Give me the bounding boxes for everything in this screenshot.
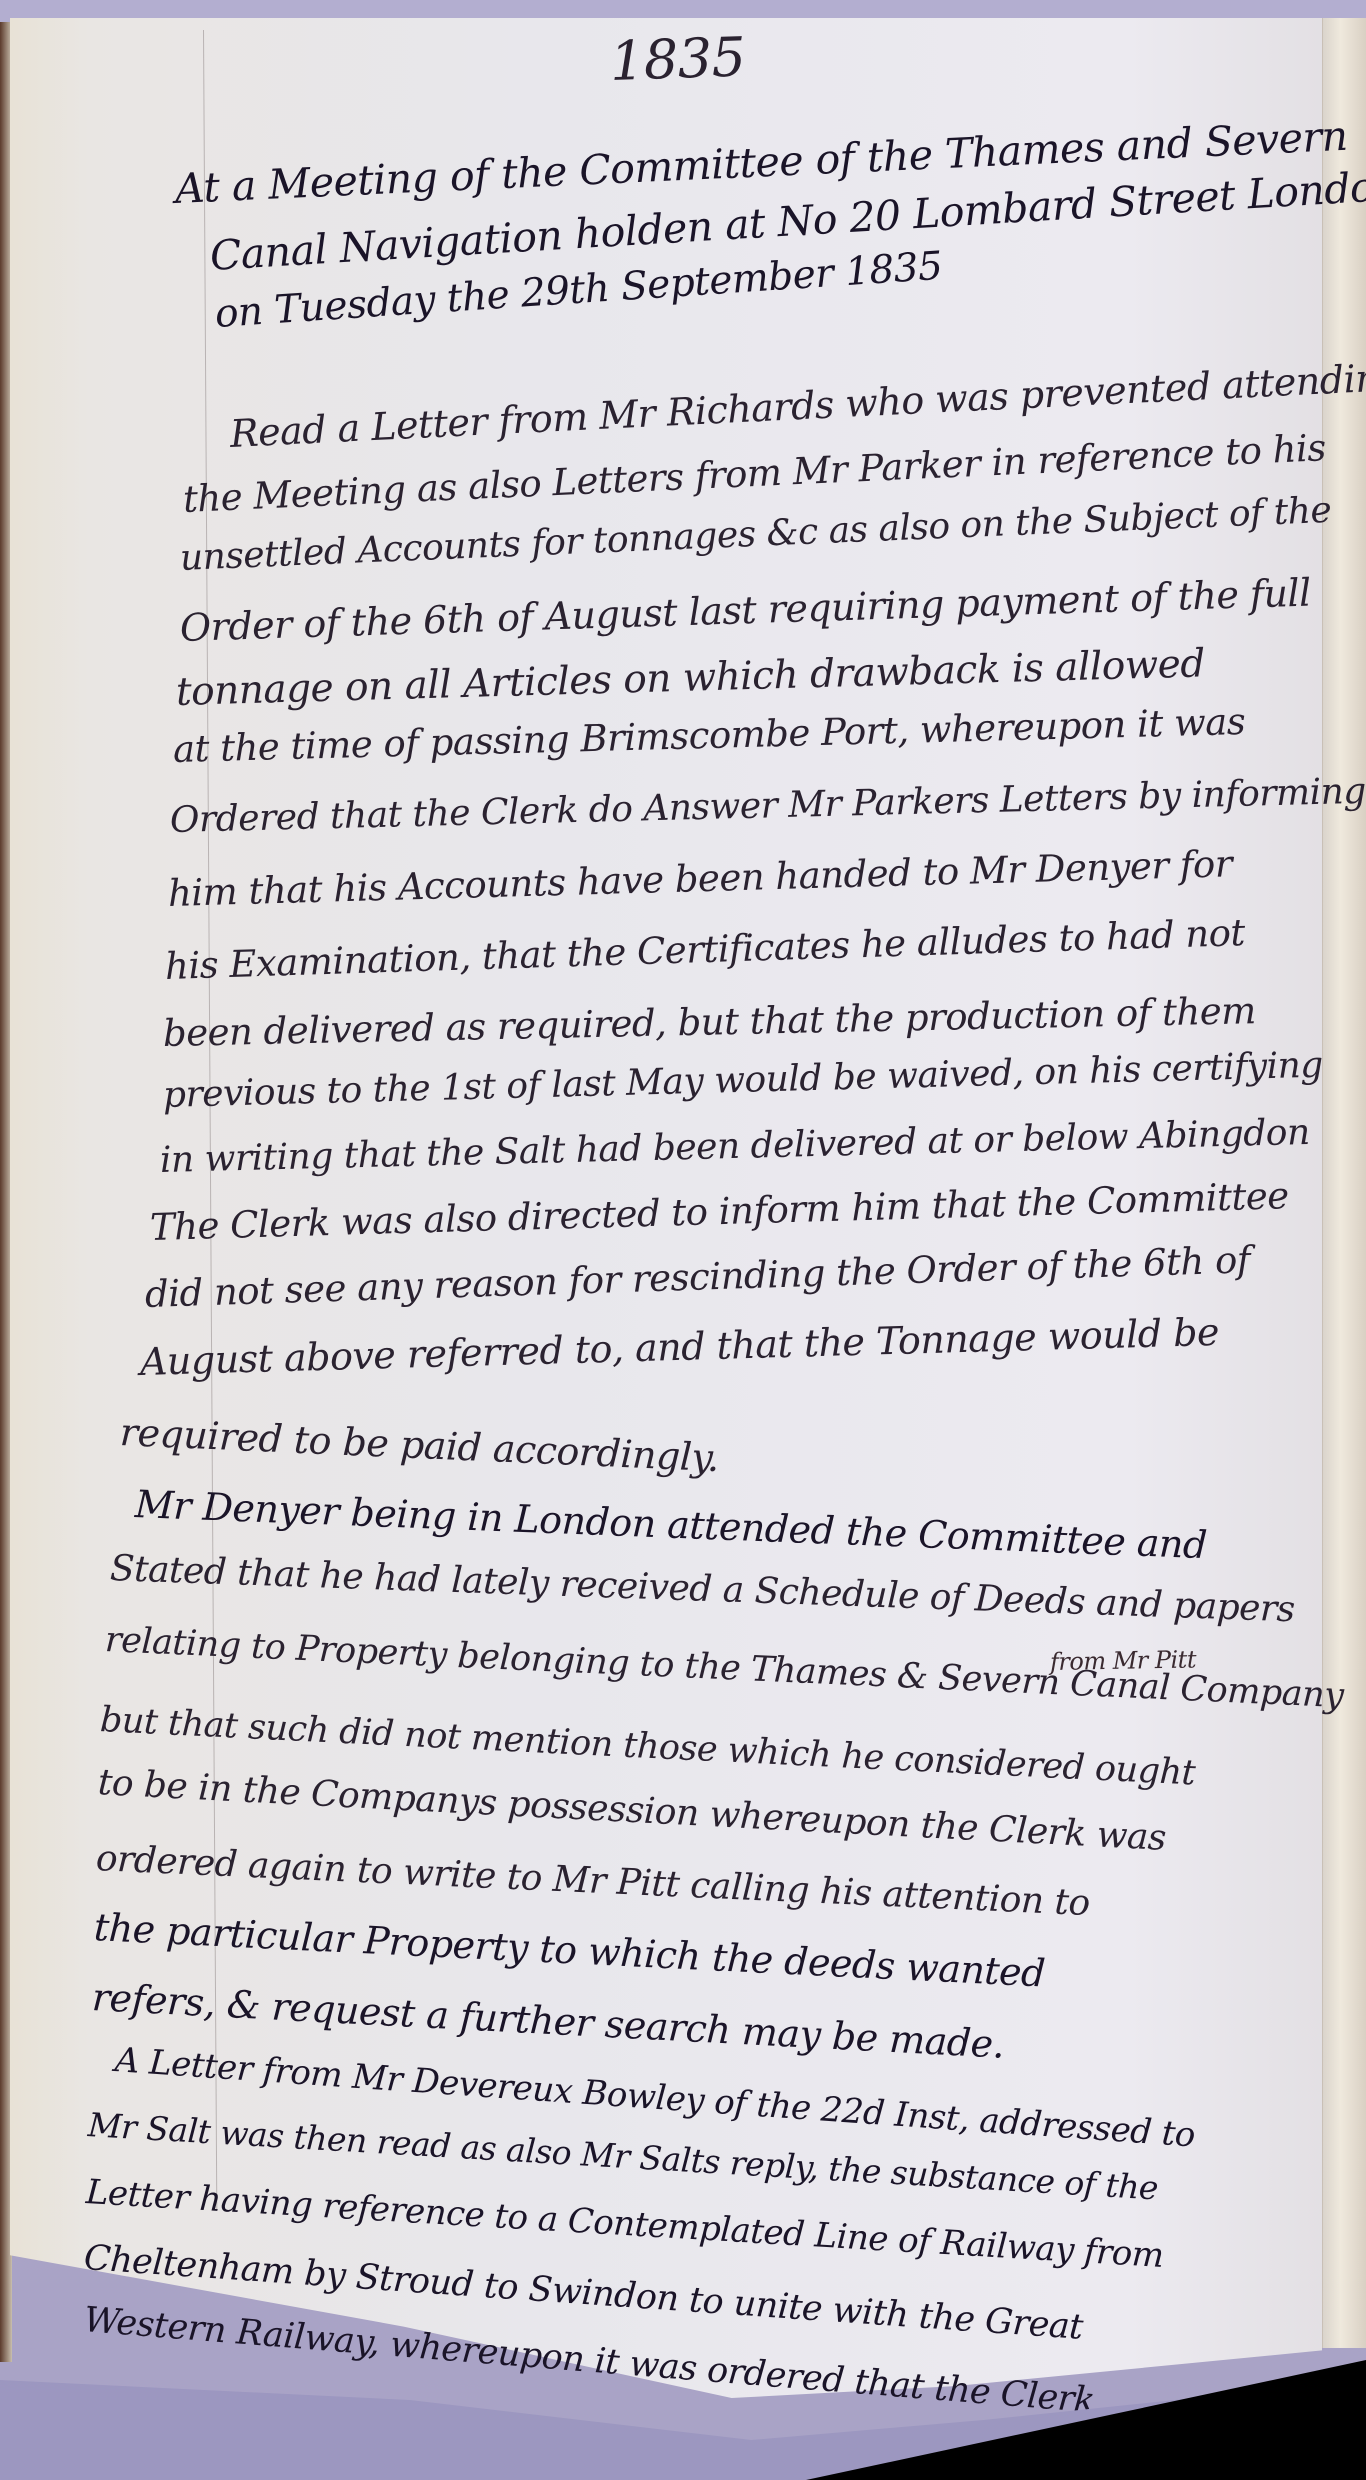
scan-corner [806,2360,1366,2480]
year-heading: 1835 [609,25,747,93]
